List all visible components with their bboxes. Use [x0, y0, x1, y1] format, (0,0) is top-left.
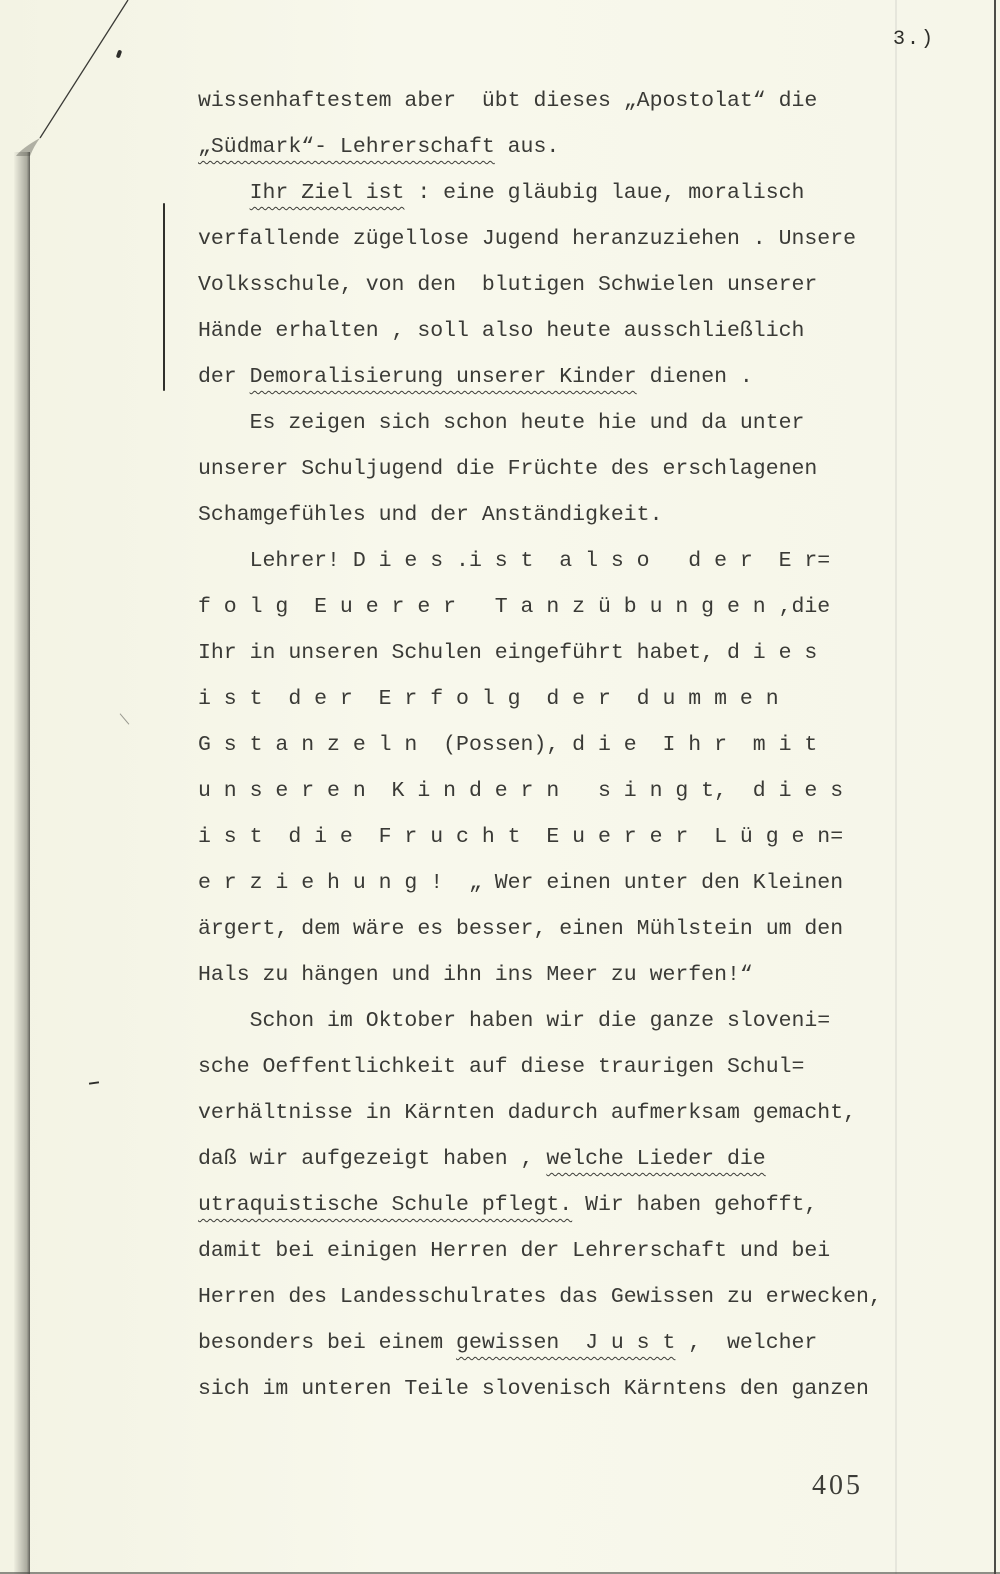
underlined-phrase: utraquistische Schule pflegt.	[198, 1193, 572, 1217]
text-segment	[198, 181, 250, 205]
text-line: e r z i e h u n g ! „ Wer einen unter de…	[198, 860, 958, 906]
text-line: daß wir aufgezeigt haben , welche Lieder…	[198, 1136, 958, 1182]
text-segment: unserer Schuljugend die Früchte des ersc…	[198, 457, 817, 481]
text-segment: Hände erhalten , soll also heute ausschl…	[198, 319, 804, 343]
text-segment: , welcher	[675, 1331, 817, 1355]
text-segment: ärgert, dem wäre es besser, einen Mühlst…	[198, 917, 843, 941]
text-segment: Wir haben gehofft,	[572, 1193, 817, 1217]
text-line: Schamgefühles und der Anständigkeit.	[198, 492, 958, 538]
archive-page-number: 405	[812, 1470, 863, 1502]
text-line: i s t d e r E r f o l g d e r d u m m e …	[198, 676, 958, 722]
right-border	[994, 0, 996, 1574]
faint-pencil-mark	[120, 713, 130, 724]
text-line: verfallende zügellose Jugend heranzuzieh…	[198, 216, 958, 262]
text-segment: besonders bei einem	[198, 1331, 456, 1355]
scanned-page: 3.) wissenhaftestem aber übt dieses „Apo…	[0, 0, 1000, 1574]
text-segment: sche Oeffentlichkeit auf diese traurigen…	[198, 1055, 804, 1079]
underlined-phrase: gewissen J u s t	[456, 1331, 675, 1355]
text-segment: Schamgefühles und der Anständigkeit.	[198, 503, 662, 527]
text-line: f o l g E u e r e r T a n z ü b u n g e …	[198, 584, 958, 630]
text-line: Lehrer! D i e s .i s t a l s o d e r E r…	[198, 538, 958, 584]
text-segment: daß wir aufgezeigt haben ,	[198, 1147, 546, 1171]
text-segment: i s t d e r E r f o l g d e r d u m m e …	[198, 687, 779, 711]
margin-sideline-mark	[163, 203, 165, 391]
text-line: unserer Schuljugend die Früchte des ersc…	[198, 446, 958, 492]
page-marker: 3.)	[893, 28, 935, 51]
text-segment: : eine gläubig laue, moralisch	[404, 181, 804, 205]
text-line: G s t a n z e l n (Possen), d i e I h r …	[198, 722, 958, 768]
text-segment: f o l g E u e r e r T a n z ü b u n g e …	[198, 595, 830, 619]
text-segment: Es zeigen sich schon heute hie und da un…	[198, 411, 804, 435]
text-segment: verfallende zügellose Jugend heranzuzieh…	[198, 227, 856, 251]
text-line: wissenhaftestem aber übt dieses „Apostol…	[198, 78, 958, 124]
text-line: sich im unteren Teile slovenisch Kärnten…	[198, 1366, 958, 1412]
text-line: Ihr Ziel ist : eine gläubig laue, morali…	[198, 170, 958, 216]
text-line: Schon im Oktober haben wir die ganze slo…	[198, 998, 958, 1044]
text-segment: i s t d i e F r u c h t E u e r e r L ü …	[198, 825, 843, 849]
margin-dash-mark	[89, 1081, 99, 1084]
text-segment: aus.	[495, 135, 560, 159]
text-line: u n s e r e n K i n d e r n s i n g t, d…	[198, 768, 958, 814]
underlined-phrase: „Südmark“- Lehrerschaft	[198, 135, 495, 159]
text-segment: verhältnisse in Kärnten dadurch aufmerks…	[198, 1101, 856, 1125]
text-line: utraquistische Schule pflegt. Wir haben …	[198, 1182, 958, 1228]
text-line: Es zeigen sich schon heute hie und da un…	[198, 400, 958, 446]
text-line: Hals zu hängen und ihn ins Meer zu werfe…	[198, 952, 958, 998]
pencil-diagonal-line	[0, 0, 200, 200]
text-segment: dienen .	[637, 365, 753, 389]
text-line: damit bei einigen Herren der Lehrerschaf…	[198, 1228, 958, 1274]
text-segment: Hals zu hängen und ihn ins Meer zu werfe…	[198, 963, 753, 987]
underlined-phrase: Demoralisierung unserer Kinder	[250, 365, 637, 389]
text-segment: der	[198, 365, 250, 389]
text-segment: G s t a n z e l n (Possen), d i e I h r …	[198, 733, 817, 757]
text-line: der Demoralisierung unserer Kinder diene…	[198, 354, 958, 400]
text-line: Ihr in unseren Schulen eingeführt habet,…	[198, 630, 958, 676]
text-segment: Volksschule, von den blutigen Schwielen …	[198, 273, 817, 297]
text-segment: wissenhaftestem aber übt dieses „Apostol…	[198, 89, 817, 113]
text-line: besonders bei einem gewissen J u s t , w…	[198, 1320, 958, 1366]
text-line: sche Oeffentlichkeit auf diese traurigen…	[198, 1044, 958, 1090]
page-fold-shadow	[14, 152, 30, 1574]
text-segment: u n s e r e n K i n d e r n s i n g t, d…	[198, 779, 843, 803]
underlined-phrase: welche Lieder die	[546, 1147, 765, 1171]
text-line: Volksschule, von den blutigen Schwielen …	[198, 262, 958, 308]
text-segment: Ihr in unseren Schulen eingeführt habet,…	[198, 641, 817, 665]
text-line: Herren des Landesschulrates das Gewissen…	[198, 1274, 958, 1320]
typewritten-body: wissenhaftestem aber übt dieses „Apostol…	[198, 78, 958, 1412]
text-line: „Südmark“- Lehrerschaft aus.	[198, 124, 958, 170]
text-line: i s t d i e F r u c h t E u e r e r L ü …	[198, 814, 958, 860]
text-segment: Schon im Oktober haben wir die ganze slo…	[198, 1009, 830, 1033]
text-line: Hände erhalten , soll also heute ausschl…	[198, 308, 958, 354]
text-line: verhältnisse in Kärnten dadurch aufmerks…	[198, 1090, 958, 1136]
text-segment: Herren des Landesschulrates das Gewissen…	[198, 1285, 882, 1309]
text-segment: Lehrer! D i e s .i s t a l s o d e r E r…	[198, 549, 830, 573]
text-line: ärgert, dem wäre es besser, einen Mühlst…	[198, 906, 958, 952]
text-segment: sich im unteren Teile slovenisch Kärnten…	[198, 1377, 869, 1401]
text-segment: damit bei einigen Herren der Lehrerschaf…	[198, 1239, 830, 1263]
text-segment: e r z i e h u n g ! „ Wer einen unter de…	[198, 871, 843, 895]
underlined-phrase: Ihr Ziel ist	[250, 181, 405, 205]
